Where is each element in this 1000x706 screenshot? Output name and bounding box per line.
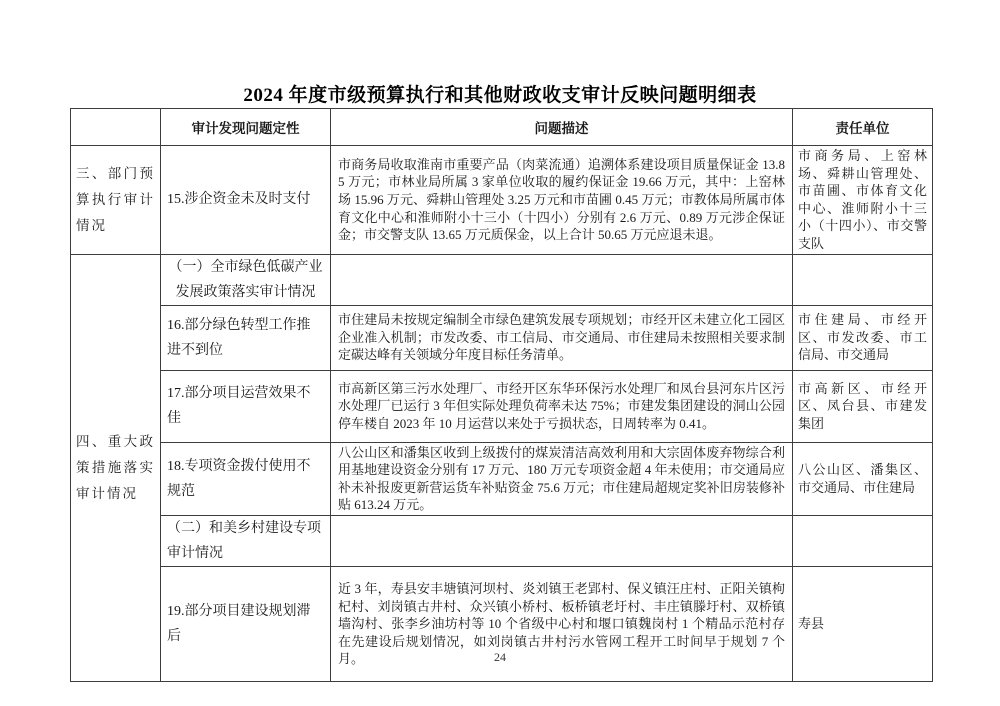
unit-cell	[793, 515, 933, 566]
subsection-cell: （一）全市绿色低碳产业发展政策落实审计情况	[161, 254, 331, 305]
table-row: 17.部分项目运营效果不佳 市高新区第三污水处理厂、市经开区东华环保污水处理厂和…	[71, 370, 933, 442]
table-row: （二）和美乡村建设专项审计情况	[71, 515, 933, 566]
table-header-row: 审计发现问题定性 问题描述 责任单位	[71, 109, 933, 146]
category-cell-policy-implementation: 四、重大政策措施落实审计情况	[71, 254, 161, 681]
description-cell: 市住建局未按规定编制全市绿色建筑发展专项规划；市经开区未建立化工园区企业准入机制…	[331, 305, 793, 370]
unit-cell	[793, 254, 933, 305]
unit-cell: 市商务局、上窑林场、舜耕山管理处、市苗圃、市体育文化中心、淮师附小十三小（十四小…	[793, 146, 933, 255]
description-cell: 市高新区第三污水处理厂、市经开区东华环保污水处理厂和凤台县河东片区污水处理厂已运…	[331, 370, 793, 442]
description-cell: 八公山区和潘集区收到上级拨付的煤炭清洁高效利用和大宗固体废弃物综合利用基地建设资…	[331, 442, 793, 515]
issue-cell: 16.部分绿色转型工作推进不到位	[161, 305, 331, 370]
unit-cell: 市高新区、市经开区、凤台县、市建发集团	[793, 370, 933, 442]
audit-issues-table: 审计发现问题定性 问题描述 责任单位 三、部门预算执行审计情况 15.涉企资金未…	[70, 108, 933, 682]
subsection-cell: （二）和美乡村建设专项审计情况	[161, 515, 331, 566]
header-description: 问题描述	[331, 109, 793, 146]
description-cell	[331, 254, 793, 305]
category-cell-budget-execution: 三、部门预算执行审计情况	[71, 146, 161, 255]
issue-cell: 17.部分项目运营效果不佳	[161, 370, 331, 442]
description-cell	[331, 515, 793, 566]
header-category	[71, 109, 161, 146]
description-cell: 市商务局收取淮南市重要产品（肉菜流通）追溯体系建设项目质量保证金 13.85 万…	[331, 146, 793, 255]
issue-cell: 18.专项资金拨付使用不规范	[161, 442, 331, 515]
table-row: 18.专项资金拨付使用不规范 八公山区和潘集区收到上级拨付的煤炭清洁高效利用和大…	[71, 442, 933, 515]
header-unit: 责任单位	[793, 109, 933, 146]
table-row: 三、部门预算执行审计情况 15.涉企资金未及时支付 市商务局收取淮南市重要产品（…	[71, 146, 933, 255]
page-number: 24	[0, 650, 1000, 665]
table-row: 16.部分绿色转型工作推进不到位 市住建局未按规定编制全市绿色建筑发展专项规划；…	[71, 305, 933, 370]
issue-cell: 15.涉企资金未及时支付	[161, 146, 331, 255]
unit-cell: 市住建局、市经开区、市发改委、市工信局、市交通局	[793, 305, 933, 370]
page-title: 2024 年度市级预算执行和其他财政收支审计反映问题明细表	[0, 80, 1000, 107]
header-issue: 审计发现问题定性	[161, 109, 331, 146]
table-row: 四、重大政策措施落实审计情况 （一）全市绿色低碳产业发展政策落实审计情况	[71, 254, 933, 305]
unit-cell: 八公山区、潘集区、市交通局、市住建局	[793, 442, 933, 515]
